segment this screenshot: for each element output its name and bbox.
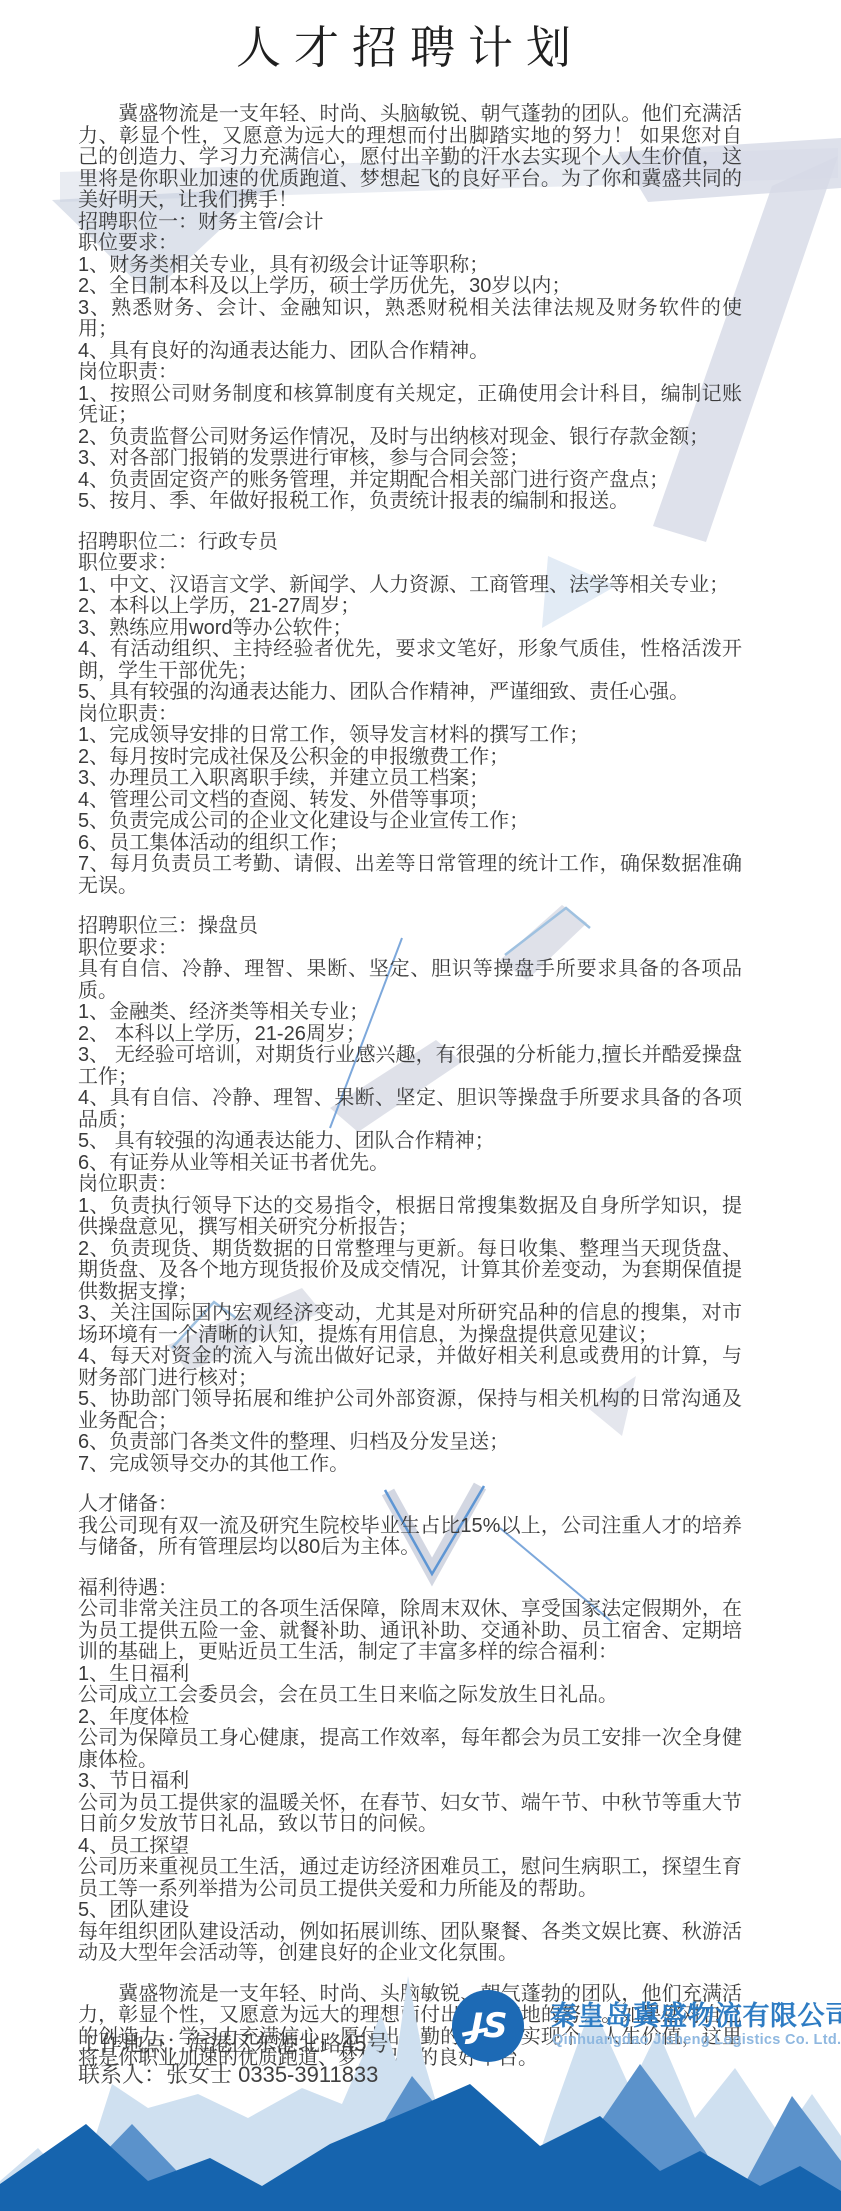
duty-item: 2、负责现货、期货数据的日常整理与更新。每日收集、整理当天现货盘、期货盘、及各个… [78,1239,742,1304]
welfare-label: 福利待遇： [78,1578,742,1600]
welfare-item-title: 4、员工探望 [78,1836,742,1858]
duty-item: 1、按照公司财务制度和核算制度有关规定，正确使用会计科目，编制记账凭证； [78,384,742,427]
requirements-label: 职位要求： [78,938,742,960]
duty-item: 2、每月按时完成社保及公积金的申报缴费工作； [78,747,742,769]
talent-body: 我公司现有双一流及研究生院校毕业生占比15%以上，公司注重人才的培养与储备，所有… [78,1516,742,1559]
position-title: 招聘职位一：财务主管/会计 [78,212,742,234]
requirement-item: 4、具有自信、冷静、理智、果断、坚定、胆识等操盘手所要求具备的各项品质； [78,1088,742,1131]
position-title: 招聘职位二：行政专员 [78,532,742,554]
logo-monogram: JS [464,2006,507,2046]
document-body: 人才招聘计划 冀盛物流是一支年轻、时尚、头脑敏锐、朝气蓬勃的团队。他们充满活力、… [78,20,742,2070]
duty-item: 1、负责执行领导下达的交易指令，根据日常搜集数据及自身所学知识，提供操盘意见，撰… [78,1196,742,1239]
requirement-item: 1、金融类、经济类等相关专业； [78,1002,742,1024]
requirement-item: 4、有活动组织、主持经验者优先，要求文笔好，形象气质佳，性格活泼开朗，学生干部优… [78,639,742,682]
duty-item: 5、负责完成公司的企业文化建设与企业宣传工作； [78,811,742,833]
duty-item: 7、完成领导交办的其他工作。 [78,1454,742,1476]
welfare-item-title: 2、年度体检 [78,1707,742,1729]
duty-item: 4、每天对资金的流入与流出做好记录，并做好相关利息或费用的计算，与财务部门进行核… [78,1346,742,1389]
requirement-item: 5、 具有较强的沟通表达能力、团队合作精神； [78,1131,742,1153]
contact-person: 联系人：张女士 0335-3911833 [78,2059,388,2090]
company-logo-icon: JS [452,1990,524,2062]
duties-label: 岗位职责： [78,1174,742,1196]
welfare-item-body: 公司成立工会委员会，会在员工生日来临之际发放生日礼品。 [78,1685,742,1707]
company-name-en: Qinhuangdao Jisheng Logistics Co. Ltd. [552,2032,834,2048]
duty-item: 2、负责监督公司财务运作情况，及时与出纳核对现金、银行存款金额； [78,427,742,449]
requirements-label: 职位要求： [78,233,742,255]
section-welfare: 福利待遇： 公司非常关注员工的各项生活保障，除周末双休、享受国家法定假期外，在为… [78,1578,742,1965]
requirement-item: 3、 无经验可培训，对期货行业感兴趣，有很强的分析能力,擅长并酷爱操盘工作； [78,1045,742,1088]
welfare-item-body: 公司历来重视员工生活，通过走访经济困难员工，慰问生病职工，探望生育员工等一系列举… [78,1857,742,1900]
requirement-item: 6、有证券从业等相关证书者优先。 [78,1153,742,1175]
duty-item: 3、关注国际国内宏观经济变动，尤其是对所研究品种的信息的搜集，对市场环境有一个清… [78,1303,742,1346]
duty-item: 6、负责部门各类文件的整理、归档及分发呈送； [78,1432,742,1454]
duties-label: 岗位职责： [78,704,742,726]
welfare-item-body: 每年组织团队建设活动，例如拓展训练、团队聚餐、各类文娱比赛、秋游活动及大型年会活… [78,1922,742,1965]
duty-item: 5、按月、季、年做好报税工作，负责统计报表的编制和报送。 [78,491,742,513]
contact-block: 工作地点：海港区东港北路45号 联系人：张女士 0335-3911833 [78,2028,388,2090]
requirement-item: 1、财务类相关专业，具有初级会计证等职称； [78,255,742,277]
section-position-2: 招聘职位二：行政专员 职位要求： 1、中文、汉语言文学、新闻学、人力资源、工商管… [78,532,742,898]
requirement-item: 5、具有较强的沟通表达能力、团队合作精神，严谨细致、责任心强。 [78,682,742,704]
duty-item: 6、员工集体活动的组织工作； [78,833,742,855]
duty-item: 4、管理公司文档的查阅、转发、外借等事项； [78,790,742,812]
requirements-label: 职位要求： [78,553,742,575]
welfare-item-body: 公司为员工提供家的温暖关怀，在春节、妇女节、端午节、中秋节等重大节日前夕发放节日… [78,1793,742,1836]
intro-paragraph: 冀盛物流是一支年轻、时尚、头脑敏锐、朝气蓬勃的团队。他们充满活力、彰显个性，又愿… [78,104,742,212]
requirement-item: 4、具有良好的沟通表达能力、团队合作精神。 [78,341,742,363]
requirements-intro: 具有自信、冷静、理智、果断、坚定、胆识等操盘手所要求具备的各项品质。 [78,959,742,1002]
requirement-item: 1、中文、汉语言文学、新闻学、人力资源、工商管理、法学等相关专业； [78,575,742,597]
duty-item: 5、协助部门领导拓展和维护公司外部资源，保持与相关机构的日常沟通及业务配合； [78,1389,742,1432]
position-title: 招聘职位三：操盘员 [78,916,742,938]
requirement-item: 3、熟练应用word等办公软件； [78,618,742,640]
welfare-item-body: 公司为保障员工身心健康，提高工作效率，每年都会为员工安排一次全身健康体检。 [78,1728,742,1771]
welfare-body: 公司非常关注员工的各项生活保障，除周末双休、享受国家法定假期外，在为员工提供五险… [78,1599,742,1664]
section-position-1: 招聘职位一：财务主管/会计 职位要求： 1、财务类相关专业，具有初级会计证等职称… [78,212,742,513]
requirement-item: 2、全日制本科及以上学历，硕士学历优先，30岁以内； [78,276,742,298]
requirement-item: 2、本科以上学历，21-27周岁； [78,596,742,618]
duty-item: 1、完成领导安排的日常工作，领导发言材料的撰写工作； [78,725,742,747]
page-title: 人才招聘计划 [78,20,742,76]
section-talent-reserve: 人才储备： 我公司现有双一流及研究生院校毕业生占比15%以上，公司注重人才的培养… [78,1494,742,1559]
duty-item: 3、办理员工入职离职手续，并建立员工档案； [78,768,742,790]
work-address: 工作地点：海港区东港北路45号 [78,2028,388,2059]
duty-item: 3、对各部门报销的发票进行审核，参与合同会签； [78,448,742,470]
duties-label: 岗位职责： [78,362,742,384]
welfare-item-title: 1、生日福利 [78,1664,742,1686]
duty-item: 7、每月负责员工考勤、请假、出差等日常管理的统计工作，确保数据准确无误。 [78,854,742,897]
talent-label: 人才储备： [78,1494,742,1516]
welfare-item-title: 5、团队建设 [78,1900,742,1922]
company-name-cn: 秦皇岛冀盛物流有限公司 [550,1994,832,2033]
recruitment-poster: 人才招聘计划 冀盛物流是一支年轻、时尚、头脑敏锐、朝气蓬勃的团队。他们充满活力、… [0,0,841,2211]
section-position-3: 招聘职位三：操盘员 职位要求： 具有自信、冷静、理智、果断、坚定、胆识等操盘手所… [78,916,742,1475]
welfare-item-title: 3、节日福利 [78,1771,742,1793]
requirement-item: 3、熟悉财务、会计、金融知识，熟悉财税相关法律法规及财务软件的使用； [78,298,742,341]
duty-item: 4、负责固定资产的账务管理，并定期配合相关部门进行资产盘点； [78,470,742,492]
requirement-item: 2、 本科以上学历，21-26周岁； [78,1024,742,1046]
